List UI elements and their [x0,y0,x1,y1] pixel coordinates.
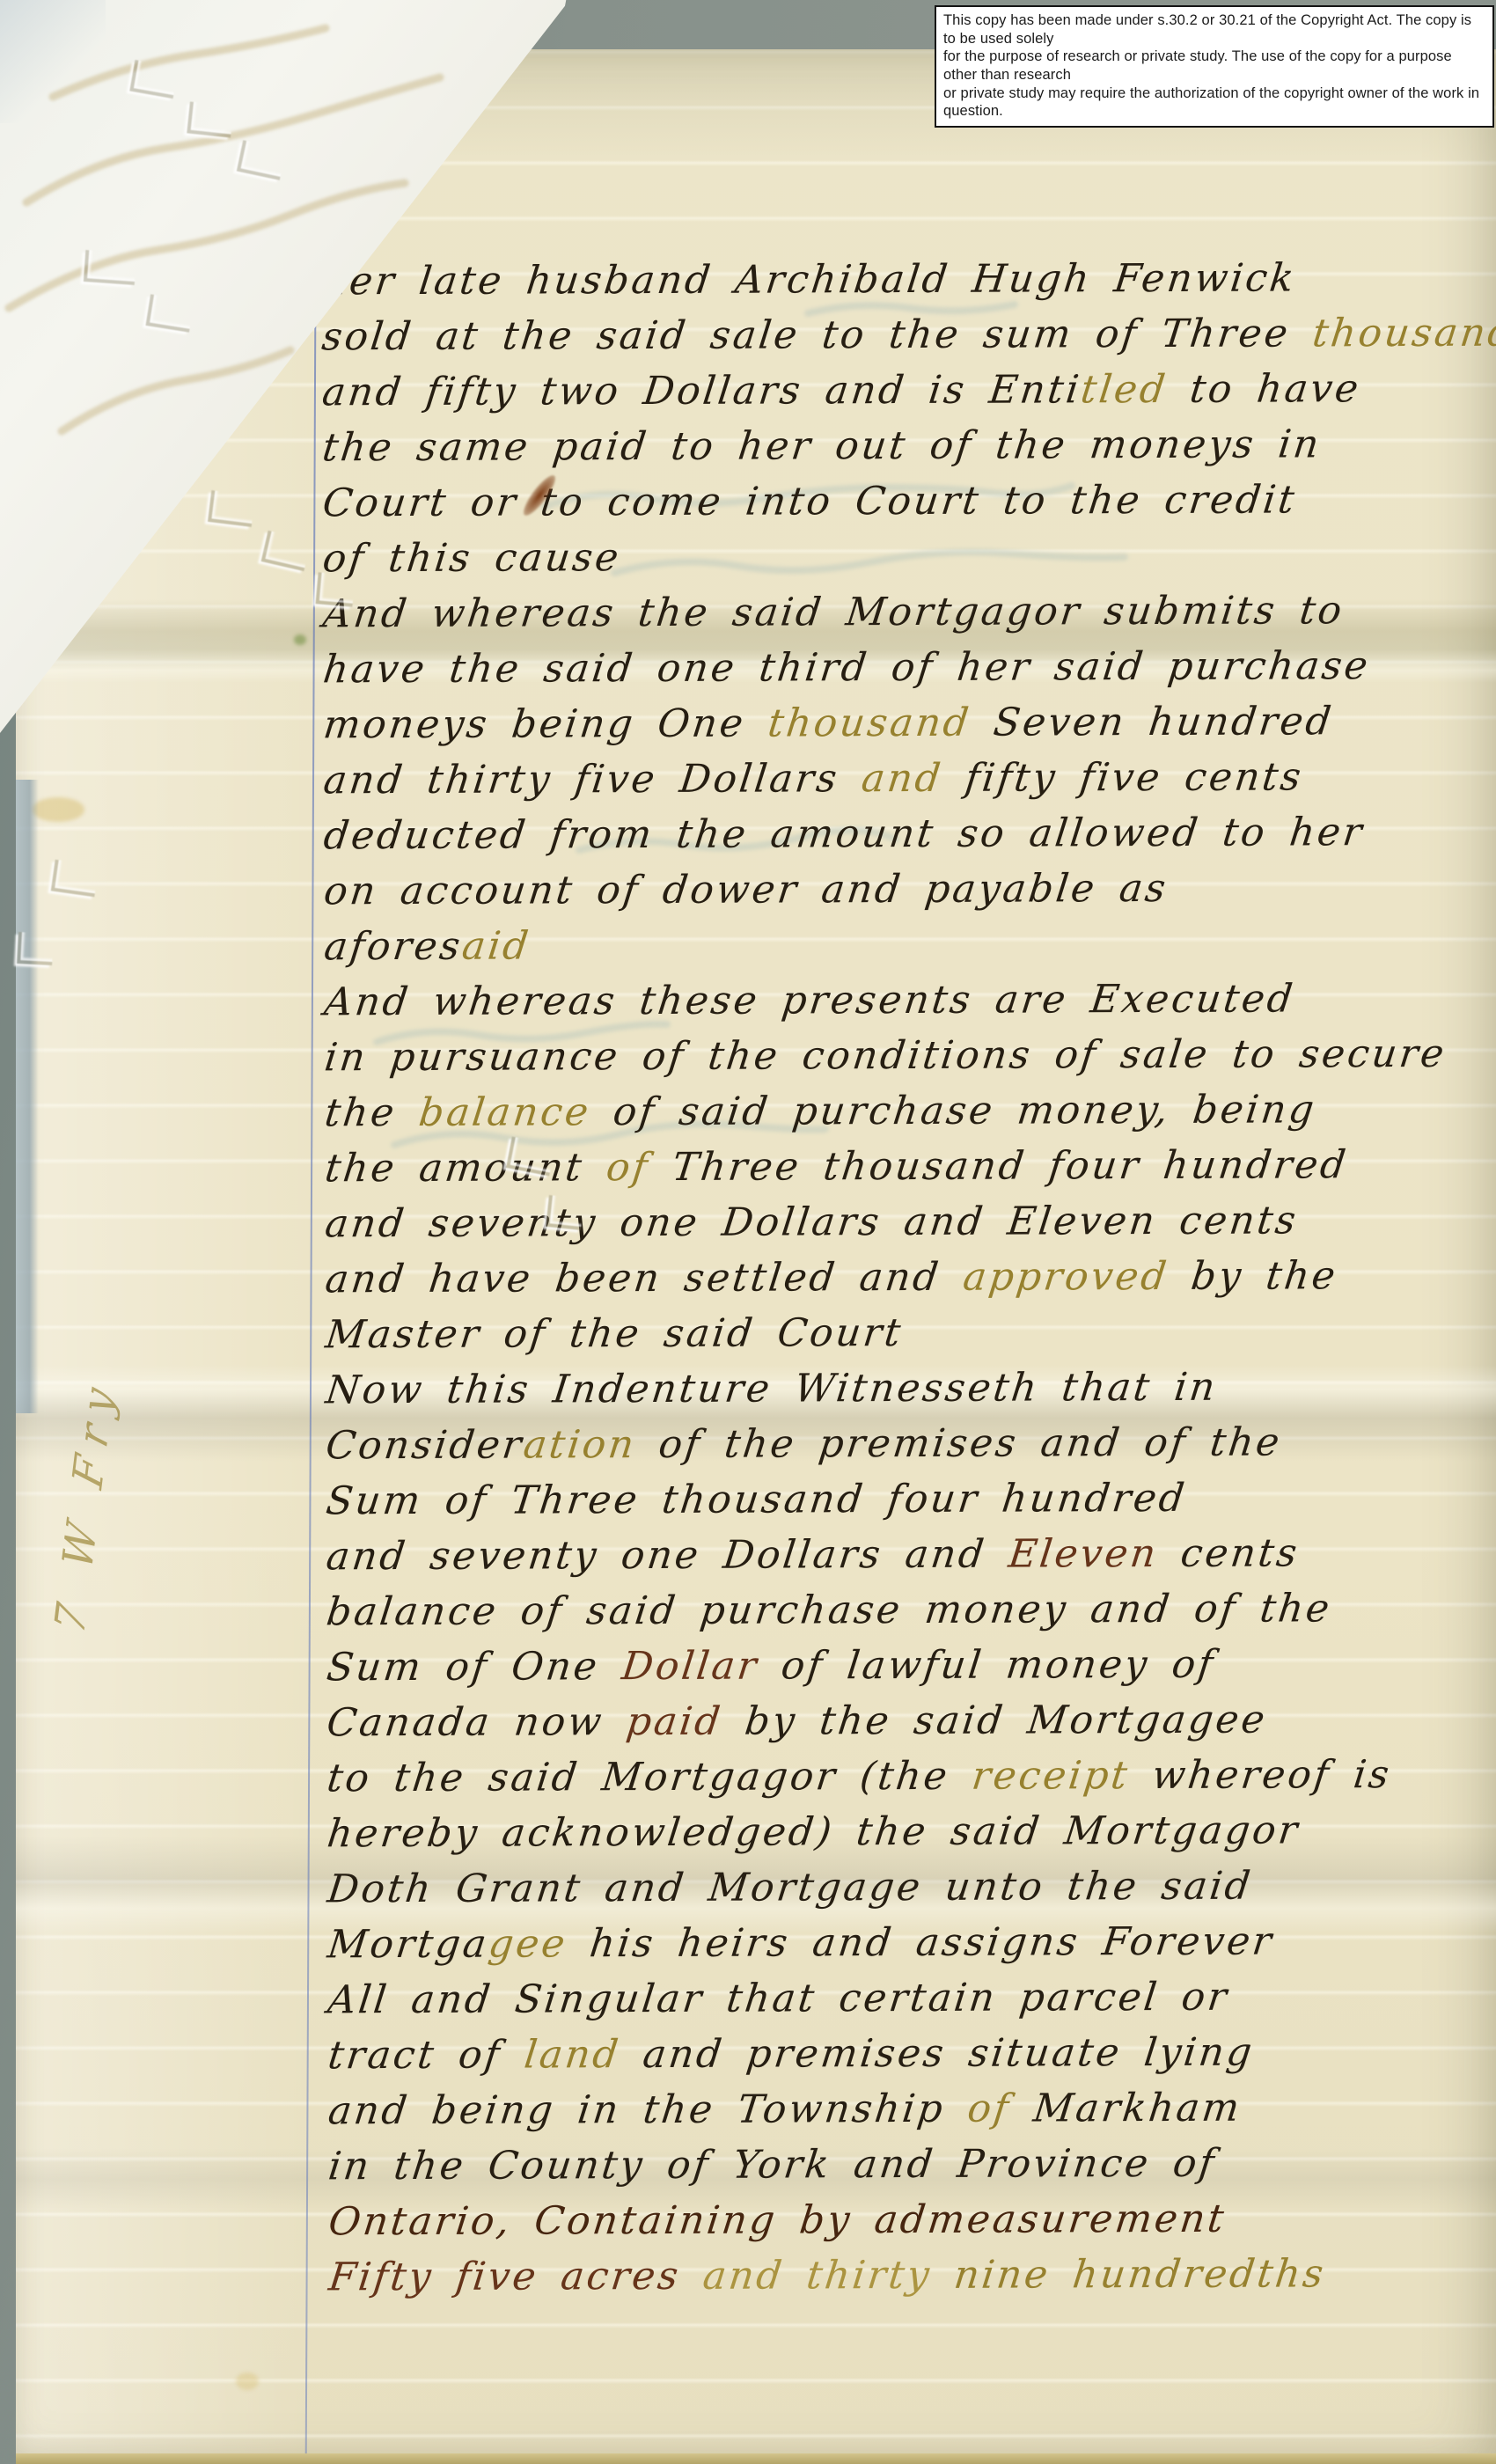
handwriting-segment: afores [322,924,466,970]
handwriting-segment: Mortga [326,1922,492,1968]
paper-stain [32,797,84,822]
handwriting-segment: And whereas these presents are Executed [322,976,1297,1024]
document-line: and thirty five Dollars and fifty five c… [320,749,1496,809]
document-line: All and Singular that certain parcel or [325,1969,1496,2028]
document-line: Sum of One Dollar of lawful money of [324,1636,1496,1696]
document-line: have the said one third of her said purc… [320,638,1496,698]
document-line: the balance of said purchase money, bein… [322,1082,1496,1141]
handwriting-segment: the [322,1090,422,1135]
handwriting-segment: Three thousand four hundred [647,1142,1351,1190]
copyright-line: or private study may require the authori… [943,84,1485,121]
document-line: Sum of Three thousand four hundred [323,1470,1496,1529]
handwriting-segment: deducted from the amount so allowed to h… [321,810,1367,858]
handwriting-segment: of said purchase money, being [588,1087,1319,1134]
handwriting-segment: of lawful money of [756,1642,1218,1689]
handwriting-segment: whereof is [1126,1752,1394,1798]
handwriting-segment: by the said Mortgagee [720,1698,1270,1744]
document-line: Now this Indenture Witnesseth that in [323,1359,1496,1419]
handwriting-segment: balance of said purchase money and of th… [324,1586,1334,1634]
document-line: Fifty five acres and thirty nine hundred… [326,2246,1496,2306]
document-line: of this cause [319,527,1496,587]
document-line: and fifty two Dollars and is Entitled to… [319,361,1496,421]
handwriting-segment: on account of dower and payable as [321,866,1170,913]
scanned-document-screenshot: 7 W Fry her late husband Archibald Hugh … [0,0,1496,2464]
handwriting-segment: Fifty five acres [326,2254,706,2300]
handwriting-segment: Eleven [1006,1531,1161,1577]
document-line: and being in the Township of Markham [326,2079,1496,2139]
handwriting-segment: and premises situate lying [618,2030,1257,2078]
handwriting-segment: Doth Grant and Mortgage unto the said [325,1864,1255,1912]
margin-rule-line [305,318,317,2464]
emboss-mark [84,250,136,285]
handwriting-segment: in pursuance of the conditions of sale t… [322,1031,1448,1080]
handwriting-segment: and seventy one Dollars and Eleven cents [323,1198,1301,1246]
handwriting-segment: Master of the said Court [323,1310,906,1357]
document-line: sold at the said sale to the sum of Thre… [319,305,1496,365]
document-line: in the County of York and Province of [326,2135,1496,2195]
emboss-mark [187,101,233,137]
handwriting-segment: Sum of Three thousand four hundred [324,1476,1190,1523]
emboss-mark [51,860,99,898]
paper-stain [236,2372,259,2390]
copyright-stamp: This copy has been made under s.30.2 or … [935,5,1494,128]
handwriting-segment: receipt [970,1753,1133,1799]
emboss-mark [145,294,194,332]
handwriting-segment: and thirty five Dollars [321,756,864,803]
handwriting-segment: Court or to come into Court to the credi… [320,477,1299,525]
emboss-mark [17,932,54,965]
document-line: Mortgagee his heirs and assigns Forever [325,1913,1496,1973]
handwriting-segment: to the said Mortgagor (the [325,1754,975,1801]
handwriting-segment: hereby acknowledged) the said Mortgagor [325,1808,1302,1856]
handwriting-segment: Now this Indenture Witnesseth that in [323,1365,1220,1413]
document-line: and seventy one Dollars and Eleven cents [323,1525,1496,1585]
handwriting-segment: paid [624,1699,725,1744]
handwriting-segment: nine hundredths [951,2251,1328,2297]
handwriting-segment: balance [416,1089,593,1135]
emboss-mark [546,1195,584,1230]
copyright-line: This copy has been made under s.30.2 or … [943,11,1485,48]
page-bottom-edge [16,2453,1496,2464]
margin-inscription: 7 W Fry [46,1310,132,1639]
handwriting-segment: thousand [1310,311,1496,356]
document-line: aforesaid [321,915,1496,975]
handwriting-segment: cents [1155,1530,1302,1576]
handwriting-segment: thousand [766,700,973,746]
handwriting-segment: Consider [324,1423,526,1469]
emboss-mark [208,490,255,527]
handwriting-segment: of [965,2086,1014,2131]
document-line: her late husband Archibald Hugh Fenwick [319,250,1496,310]
document-line: Court or to come into Court to the credi… [319,472,1496,532]
handwriting-segment: her late husband Archibald Hugh Fenwick [319,255,1299,304]
handwriting-segment: and seventy one Dollars and [324,1532,1012,1580]
handwriting-segment: and being in the Township [326,2086,971,2134]
document-line: tract of land and premises situate lying [325,2024,1496,2084]
handwriting-segment: by the [1166,1253,1340,1299]
document-line: Ontario, Containing by admeasurement [326,2190,1496,2250]
document-line: Canada now paid by the said Mortgagee [324,1691,1496,1751]
handwriting-segment: Canada now [325,1699,629,1745]
handwriting-segment: And whereas the said Mortgagor submits t… [320,588,1346,636]
handwriting-segment: aid [459,923,533,968]
copyright-line: for the purpose of research or private s… [943,48,1485,84]
document-line: and have been settled and approved by th… [322,1248,1496,1308]
document-line: deducted from the amount so allowed to h… [320,804,1496,864]
handwriting-segment: to have [1164,366,1363,412]
handwriting-segment: tract of [326,2033,527,2079]
handwriting-segment: have the said one third of her said purc… [321,643,1373,692]
handwritten-text: her late husband Archibald Hugh Fenwicks… [322,250,1496,2306]
handwriting-segment: and [859,756,945,801]
handwriting-segment: and fifty two Dollars and is Enti [319,367,1083,414]
handwriting-segment: Seven hundred [968,699,1336,744]
handwriting-segment: All and Singular that certain parcel or [326,1975,1232,2023]
document-line: the same paid to her out of the moneys i… [319,416,1496,476]
document-line: to the said Mortgagor (the receipt where… [324,1747,1496,1807]
handwriting-segment: and have been settled and [323,1255,966,1302]
handwriting-segment: tled [1078,367,1170,412]
handwriting-segment: and thirty [700,2253,957,2299]
document-line: and seventy one Dollars and Eleven cents [322,1192,1496,1252]
handwriting-segment: gee [486,1921,569,1966]
handwriting-segment: of the premises and of the [634,1420,1285,1468]
handwriting-segment: in the County of York and Province of [326,2141,1219,2189]
document-line: And whereas these presents are Executed [321,971,1496,1030]
ink-dot-stain [294,634,306,645]
document-line: Master of the said Court [322,1303,1496,1363]
handwriting-segment: sold at the said sale to the sum of Thre… [319,311,1316,359]
document-line: balance of said purchase money and of th… [324,1580,1496,1640]
handwriting-segment: Markham [1008,2086,1244,2131]
document-line: Consideration of the premises and of the [323,1414,1496,1474]
document-line: the amount of Three thousand four hundre… [322,1137,1496,1197]
handwriting-segment: of this cause [320,535,623,581]
handwriting-segment: the amount [323,1145,610,1191]
handwriting-segment: his heirs and assigns Forever [565,1919,1277,1967]
handwriting-segment: the same paid to her out of the moneys i… [320,422,1324,470]
handwriting-segment: of [604,1145,652,1190]
document-line: on account of dower and payable as [321,860,1496,920]
handwriting-segment: land [522,2032,623,2077]
emboss-mark [316,572,356,607]
handwriting-segment: moneys being One [321,701,771,748]
handwriting-segment: Dollar [620,1644,761,1690]
scanner-bed-edge [16,780,39,1413]
document-line: And whereas the said Mortgagor submits t… [320,583,1496,642]
handwriting-segment: Sum of One [325,1644,625,1690]
handwriting-segment: approved [961,1254,1171,1300]
document-line: moneys being One thousand Seven hundred [320,693,1496,753]
document-line: hereby acknowledged) the said Mortgagor [324,1802,1496,1862]
handwriting-segment: fifty five cents [940,754,1306,800]
handwriting-segment: ation [521,1422,639,1467]
corner-tint [0,0,106,123]
handwriting-segment: Ontario, Containing by admeasurement [326,2196,1229,2245]
document-line: in pursuance of the conditions of sale t… [321,1026,1496,1086]
document-line: Doth Grant and Mortgage unto the said [325,1858,1496,1918]
